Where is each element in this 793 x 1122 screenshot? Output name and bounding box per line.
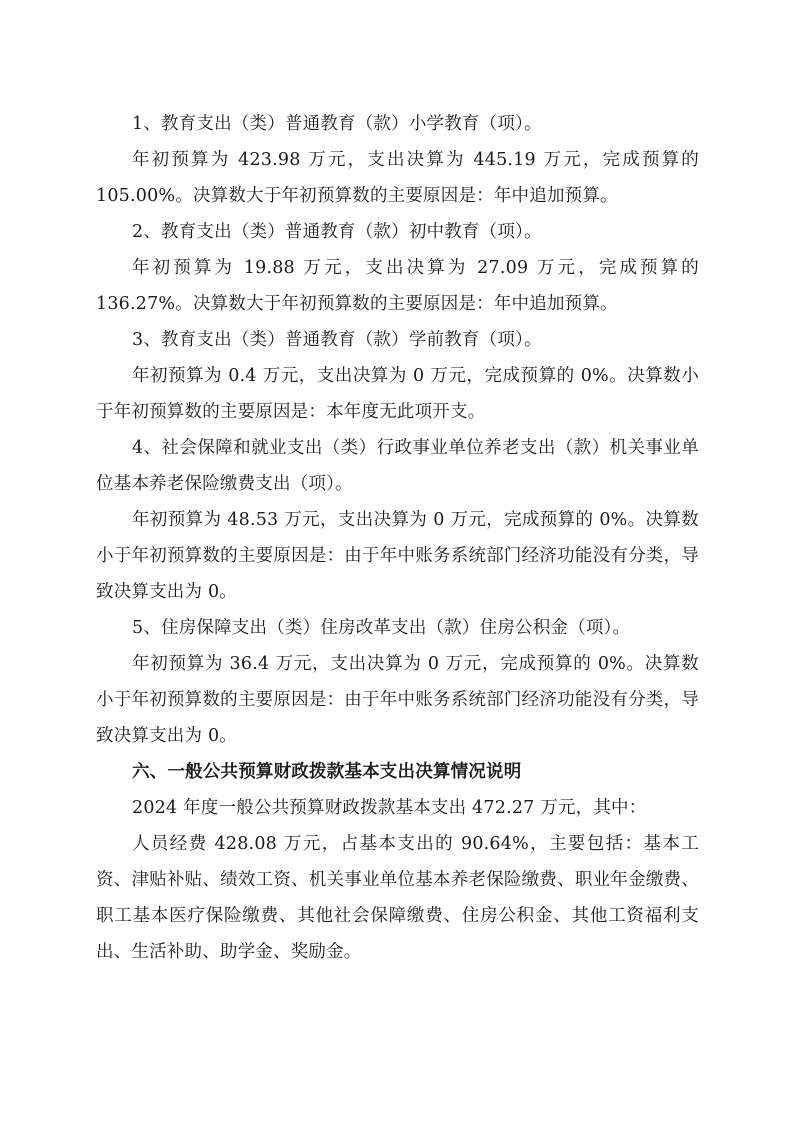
item-3-title: 3、教育支出（类）普通教育（款）学前教育（项）。 (96, 322, 699, 358)
item-3-body: 年初预算为 0.4 万元，支出决算为 0 万元，完成预算的 0%。决算数小于年初… (96, 358, 699, 430)
item-4-title: 4、社会保障和就业支出（类）行政事业单位养老支出（款）机关事业单位基本养老保险缴… (96, 430, 699, 502)
item-2-body: 年初预算为 19.88 万元，支出决算为 27.09 万元，完成预算的 136.… (96, 250, 699, 322)
document-page: 1、教育支出（类）普通教育（款）小学教育（项）。 年初预算为 423.98 万元… (96, 106, 699, 970)
item-4-body: 年初预算为 48.53 万元，支出决算为 0 万元，完成预算的 0%。决算数小于… (96, 502, 699, 610)
section-6-intro: 2024 年度一般公共预算财政拨款基本支出 472.27 万元，其中： (96, 790, 699, 826)
item-5-title: 5、住房保障支出（类）住房改革支出（款）住房公积金（项）。 (96, 610, 699, 646)
item-2-title: 2、教育支出（类）普通教育（款）初中教育（项）。 (96, 214, 699, 250)
item-1-title: 1、教育支出（类）普通教育（款）小学教育（项）。 (96, 106, 699, 142)
item-5-body: 年初预算为 36.4 万元，支出决算为 0 万元，完成预算的 0%。决算数小于年… (96, 646, 699, 754)
section-6-personnel: 人员经费 428.08 万元，占基本支出的 90.64%，主要包括：基本工资、津… (96, 826, 699, 970)
section-6-heading: 六、一般公共预算财政拨款基本支出决算情况说明 (96, 754, 699, 790)
item-1-body: 年初预算为 423.98 万元，支出决算为 445.19 万元，完成预算的 10… (96, 142, 699, 214)
